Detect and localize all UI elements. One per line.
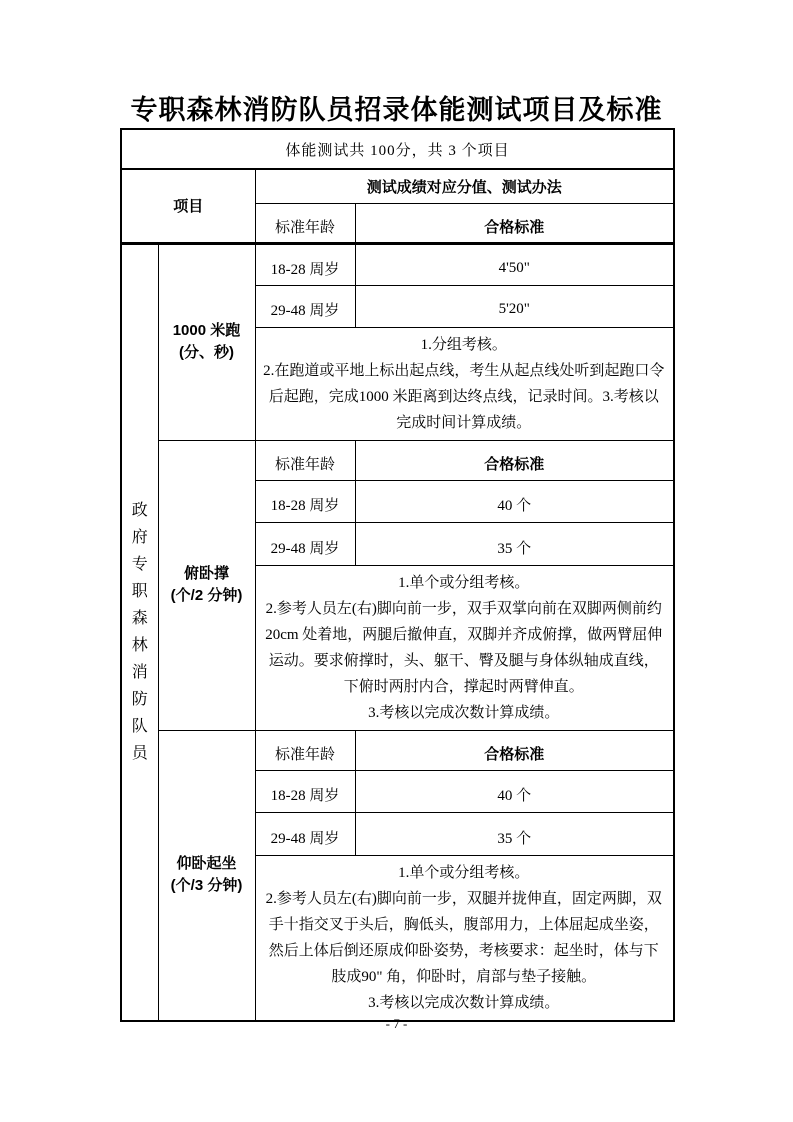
page-number: - 7 - xyxy=(0,1016,793,1032)
sub-header-pass-standard: 合格标准 xyxy=(355,730,674,770)
sub-header-age: 标准年龄 xyxy=(255,730,355,770)
method-line: 3.考核以完成次数计算成绩。 xyxy=(263,700,666,726)
method-cell-pushup: 1.单个或分组考核。 2.参考人员左(右)脚向前一步，双手双掌向前在双脚两侧前约… xyxy=(255,565,674,730)
table-subtitle: 体能测试共 100分，共 3 个项目 xyxy=(121,129,674,169)
method-cell-1000m-run: 1.分组考核。 2.在跑道或平地上标出起点线，考生从起点线处听到起跑口令后起跑，… xyxy=(255,327,674,440)
standard-value-cell: 35 个 xyxy=(355,812,674,855)
standard-value-cell: 40 个 xyxy=(355,480,674,522)
table-row: 俯卧撑 (个/2 分钟) 标准年龄 合格标准 xyxy=(121,440,674,480)
item-name-situp: 仰卧起坐 (个/3 分钟) xyxy=(158,730,255,1021)
age-range-cell: 18-28 周岁 xyxy=(255,770,355,812)
table-header-row-1: 项目 测试成绩对应分值、测试办法 xyxy=(121,169,674,203)
table-subtitle-row: 体能测试共 100分，共 3 个项目 xyxy=(121,129,674,169)
col-header-age: 标准年龄 xyxy=(255,203,355,243)
page-title: 专职森林消防队员招录体能测试项目及标准 xyxy=(0,88,793,127)
age-range-cell: 18-28 周岁 xyxy=(255,243,355,285)
table-row: 政府专职森林消防队员 1000 米跑 (分、秒) 18-28 周岁 4'50" xyxy=(121,243,674,285)
col-header-method: 测试成绩对应分值、测试办法 xyxy=(255,169,674,203)
age-range-cell: 29-48 周岁 xyxy=(255,285,355,327)
document-page: 专职森林消防队员招录体能测试项目及标准 体能测试共 100分，共 3 个项目 项… xyxy=(0,0,793,1122)
item-name-pushup: 俯卧撑 (个/2 分钟) xyxy=(158,440,255,730)
item-unit-text: (个/3 分钟) xyxy=(161,875,253,897)
method-line: 1.单个或分组考核。 xyxy=(263,860,666,886)
item-unit-text: (分、秒) xyxy=(161,342,253,364)
standard-value-cell: 5'20" xyxy=(355,285,674,327)
method-line: 2.参考人员左(右)脚向前一步，双手双掌向前在双脚两侧前约 20cm 处着地，两… xyxy=(263,596,666,700)
method-line: 2.参考人员左(右)脚向前一步，双腿并拢伸直，固定两脚，双手十指交叉于头后，胸低… xyxy=(263,886,666,990)
method-line: 1.单个或分组考核。 xyxy=(263,570,666,596)
standard-value-cell: 35 个 xyxy=(355,522,674,565)
standard-value-cell: 4'50" xyxy=(355,243,674,285)
age-range-cell: 29-48 周岁 xyxy=(255,522,355,565)
sub-header-pass-standard: 合格标准 xyxy=(355,440,674,480)
sub-header-age: 标准年龄 xyxy=(255,440,355,480)
item-unit-text: (个/2 分钟) xyxy=(161,585,253,607)
standard-value-cell: 40 个 xyxy=(355,770,674,812)
age-range-cell: 29-48 周岁 xyxy=(255,812,355,855)
item-name-text: 仰卧起坐 xyxy=(161,853,253,875)
col-header-item: 项目 xyxy=(121,169,255,243)
group-label-cell: 政府专职森林消防队员 xyxy=(121,243,158,1021)
item-name-1000m-run: 1000 米跑 (分、秒) xyxy=(158,243,255,440)
group-label: 政府专职森林消防队员 xyxy=(131,497,149,767)
fitness-test-table: 体能测试共 100分，共 3 个项目 项目 测试成绩对应分值、测试办法 标准年龄… xyxy=(120,128,675,1022)
method-line: 1.分组考核。 xyxy=(263,332,666,358)
item-name-text: 1000 米跑 xyxy=(161,320,253,342)
method-cell-situp: 1.单个或分组考核。 2.参考人员左(右)脚向前一步，双腿并拢伸直，固定两脚，双… xyxy=(255,855,674,1021)
method-line: 2.在跑道或平地上标出起点线，考生从起点线处听到起跑口令后起跑，完成1000 米… xyxy=(263,358,666,436)
item-name-text: 俯卧撑 xyxy=(161,563,253,585)
col-header-pass-standard: 合格标准 xyxy=(355,203,674,243)
table-row: 仰卧起坐 (个/3 分钟) 标准年龄 合格标准 xyxy=(121,730,674,770)
method-line: 3.考核以完成次数计算成绩。 xyxy=(263,990,666,1016)
age-range-cell: 18-28 周岁 xyxy=(255,480,355,522)
